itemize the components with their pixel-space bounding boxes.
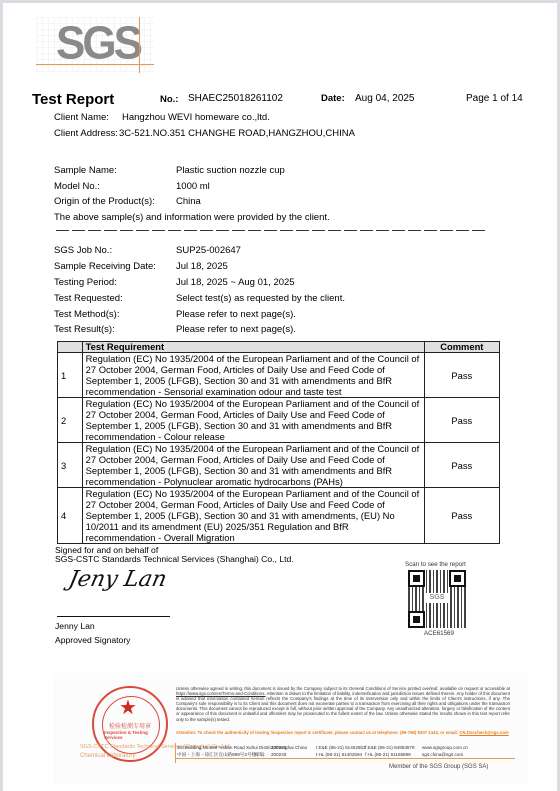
test-requirements-table: Test Requirement Comment 1 Regulation (E… xyxy=(57,341,500,544)
handwritten-signature: Jeny Lan xyxy=(66,567,169,592)
fax-ee: f E&E (86-21) 64953679 xyxy=(365,745,415,750)
logo-horizontal-line xyxy=(36,64,154,65)
date-value: Aug 04, 2025 xyxy=(355,93,415,104)
website-link[interactable]: www.sgsgroup.com.cn xyxy=(422,745,468,750)
job-no-value: SUP25-002647 xyxy=(176,245,241,256)
table-row: 4 Regulation (EC) No 1935/2004 of the Eu… xyxy=(58,488,500,544)
address-chinese: 中国・上海・徐汇区宜山路889号3号楼 xyxy=(177,752,256,758)
logo-text: SGS xyxy=(56,20,140,68)
stamp-laboratory: Chemical Laboratory xyxy=(80,753,135,759)
qr-finder-top-left xyxy=(408,570,425,587)
authenticity-notice: Attention: To check the authenticity of … xyxy=(176,730,510,735)
origin-value: China xyxy=(176,196,201,207)
header-no xyxy=(58,342,83,353)
signing-company: SGS-CSTC Standards Technical Services (S… xyxy=(55,555,294,564)
doccheck-email-link[interactable]: CN.Doccheck@sgs.com xyxy=(459,730,508,735)
client-address-label: Client Address: xyxy=(54,128,118,139)
china-email-link[interactable]: sgs.china@sgs.com xyxy=(422,752,463,757)
row-number: 3 xyxy=(58,443,83,488)
telephone-ee: t E&E (86-21) 61402553 xyxy=(316,745,366,750)
report-no-label: No.: xyxy=(160,94,178,105)
member-of-sgs-group: Member of the SGS Group (SGS SA) xyxy=(389,764,488,770)
report-no-value: SHAEC25018261102 xyxy=(188,93,283,104)
sample-note: The above sample(s) and information were… xyxy=(54,212,330,223)
row-comment: Pass xyxy=(424,398,499,443)
test-result-value: Please refer to next page(s). xyxy=(176,324,296,335)
postcode-chinese-label: 邮编: xyxy=(255,752,265,758)
legal-disclaimer: Unless otherwise agreed in writing, this… xyxy=(176,686,510,722)
table-header-row: Test Requirement Comment xyxy=(58,342,500,353)
receiving-date-value: Jul 18, 2025 xyxy=(176,261,228,272)
address-horizontal-line xyxy=(175,758,515,759)
signatory-title: Approved Signatory xyxy=(55,635,130,645)
legal-text-post: Attention is drawn to the limitation of … xyxy=(176,691,510,721)
model-no-label: Model No.: xyxy=(54,181,100,192)
sample-name-label: Sample Name: xyxy=(54,165,117,176)
sample-name-value: Plastic suction nozzle cup xyxy=(176,165,285,176)
signatory-name: Jenny Lan xyxy=(55,621,95,631)
stamp-english-text: Inspection & Testing Services xyxy=(104,730,166,740)
row-requirement: Regulation (EC) No 1935/2004 of the Euro… xyxy=(82,443,424,488)
client-name-label: Client Name: xyxy=(54,112,109,123)
postcode-chinese: 200233 xyxy=(271,752,286,757)
test-requested-value: Select test(s) as requested by the clien… xyxy=(176,293,345,304)
origin-label: Origin of the Product(s): xyxy=(54,196,155,207)
header-comment: Comment xyxy=(424,342,499,353)
report-page: SGS Test Report No.: SHAEC25018261102 Da… xyxy=(3,3,557,791)
qr-finder-bottom-left xyxy=(408,611,425,628)
test-requested-label: Test Requested: xyxy=(54,293,123,304)
client-name-value: Hangzhou WEVI homeware co.,ltd. xyxy=(122,112,270,123)
qr-code-id: ACE61569 xyxy=(424,630,454,637)
row-number: 1 xyxy=(58,353,83,398)
row-number: 2 xyxy=(58,398,83,443)
dashed-separator xyxy=(56,230,486,231)
test-result-label: Test Result(s): xyxy=(54,324,115,335)
test-method-label: Test Method(s): xyxy=(54,309,119,320)
date-label: Date: xyxy=(321,93,345,104)
header-test-requirement: Test Requirement xyxy=(82,342,424,353)
table-row: 1 Regulation (EC) No 1935/2004 of the Eu… xyxy=(58,353,500,398)
qr-caption: Scan to see the report xyxy=(405,561,466,568)
official-stamp: ★ 检验检测专用章 Inspection & Testing Services xyxy=(92,686,168,762)
postcode-english: 200233 xyxy=(271,745,286,750)
testing-period-label: Testing Period: xyxy=(54,277,117,288)
table-row: 2 Regulation (EC) No 1935/2004 of the Eu… xyxy=(58,398,500,443)
job-no-label: SGS Job No.: xyxy=(54,245,112,256)
row-requirement: Regulation (EC) No 1935/2004 of the Euro… xyxy=(82,353,424,398)
row-comment: Pass xyxy=(424,353,499,398)
testing-period-value: Jul 18, 2025 ~ Aug 01, 2025 xyxy=(176,277,295,288)
row-number: 4 xyxy=(58,488,83,544)
qr-finder-top-right xyxy=(449,570,466,587)
receiving-date-label: Sample Receiving Date: xyxy=(54,261,156,272)
page-title: Test Report xyxy=(32,91,114,108)
logo-vertical-line xyxy=(139,17,140,73)
row-comment: Pass xyxy=(424,488,499,544)
row-requirement: Regulation (EC) No 1935/2004 of the Euro… xyxy=(82,398,424,443)
model-no-value: 1000 ml xyxy=(176,181,210,192)
row-comment: Pass xyxy=(424,443,499,488)
stamp-chinese-text: 检验检测专用章 xyxy=(109,721,151,730)
signature-line xyxy=(57,616,170,617)
address-english: 3rd Building,No.889 Yishan Road Xuhui Di… xyxy=(177,745,307,750)
client-address-value: 3C-521.NO.351 CHANGHE ROAD,HANGZHOU,CHIN… xyxy=(119,128,355,139)
sgs-logo: SGS xyxy=(36,17,154,73)
page-number: Page 1 of 14 xyxy=(466,93,523,104)
attention-text: Attention: To check the authenticity of … xyxy=(176,730,459,735)
table-row: 3 Regulation (EC) No 1935/2004 of the Eu… xyxy=(58,443,500,488)
telephone-hl: t HL (86-21) 61402594 xyxy=(316,752,362,757)
row-requirement: Regulation (EC) No 1935/2004 of the Euro… xyxy=(82,488,424,544)
fax-hl: f HL (86-21) 61156899 xyxy=(365,752,411,757)
qr-center-logo: SGS xyxy=(426,593,448,603)
star-icon: ★ xyxy=(119,698,137,718)
test-method-value: Please refer to next page(s). xyxy=(176,309,296,320)
address-vertical-line xyxy=(175,743,176,763)
